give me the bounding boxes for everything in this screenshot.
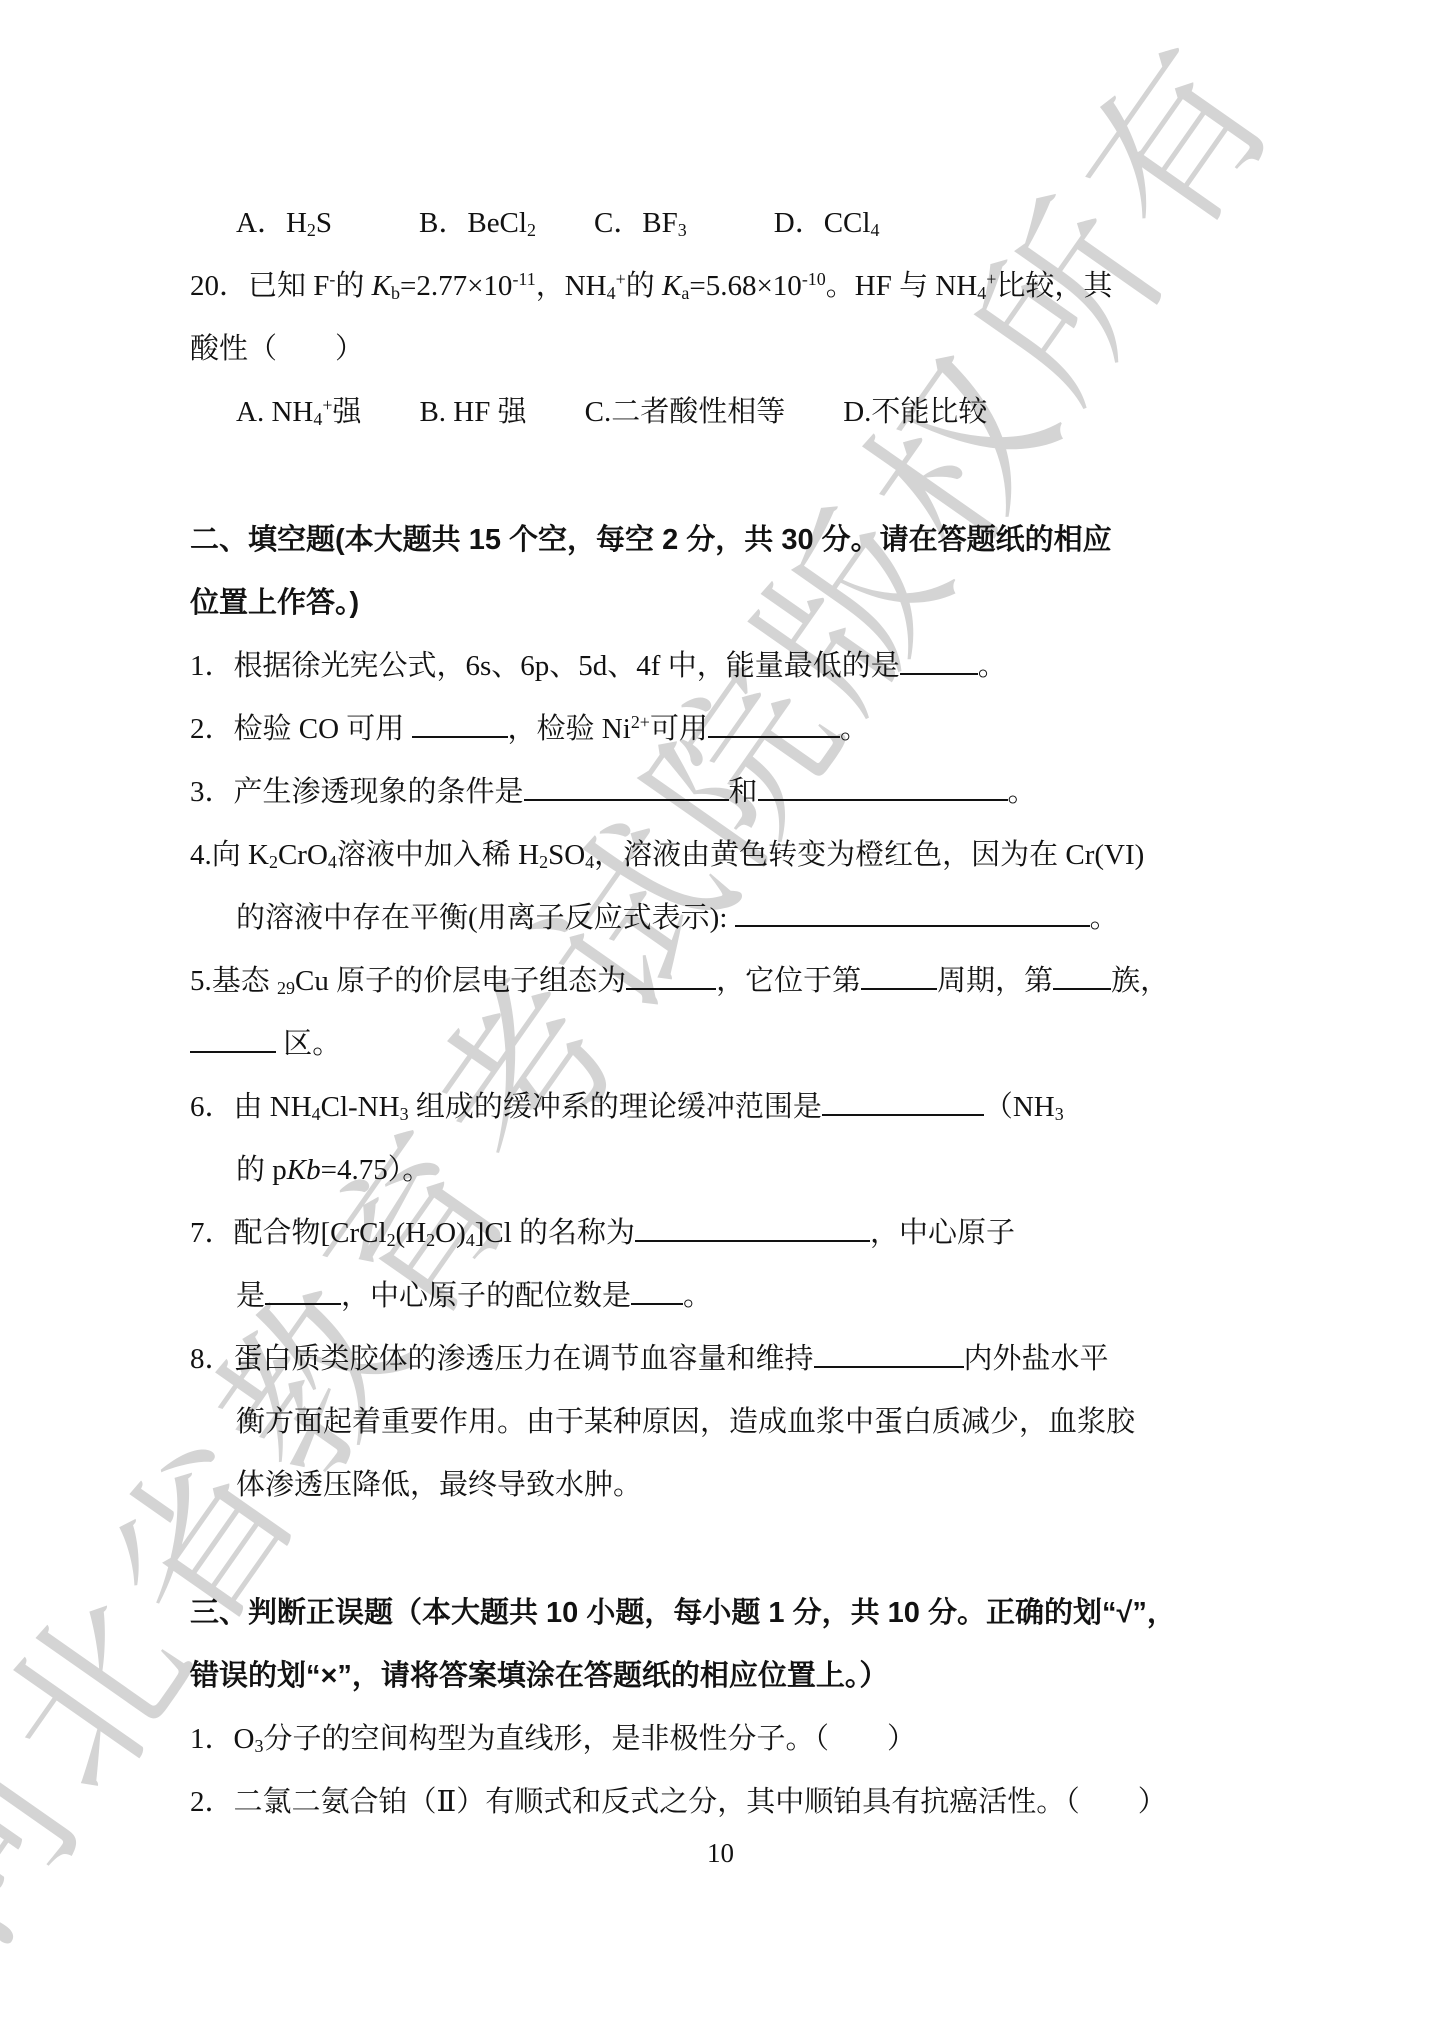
answer-blank <box>626 960 716 990</box>
text-run: 。 <box>1008 776 1037 808</box>
subscript: 2 <box>307 220 316 240</box>
text-run: 1．根据徐光宪公式，6s、6p、5d、4f 中，能量最低的是 <box>190 650 900 682</box>
answer-blank <box>708 708 840 738</box>
fill6-line2: 的 pKb=4.75）。 <box>190 1139 1280 1202</box>
document-body: A．H2S B．BeCl2 C．BF3 D．CCl420．已知 F-的 Kb=2… <box>190 192 1280 1834</box>
text-run: 4.向 K <box>190 839 269 871</box>
italic-symbol: Kb <box>287 1154 321 1186</box>
text-run: 。HF 与 NH <box>826 270 977 302</box>
text-run: （NH <box>984 1091 1055 1123</box>
text-run: 体渗透压降低，最终导致水肿。 <box>236 1469 642 1501</box>
subscript: 4 <box>328 852 337 872</box>
answer-blank <box>861 960 937 990</box>
text-run: 内外盐水平 <box>964 1343 1109 1375</box>
text-run: A．H <box>236 207 307 239</box>
subscript: 3 <box>400 1104 409 1124</box>
text-run: 衡方面起着重要作用。由于某种原因，造成血浆中蛋白质减少，血浆胶 <box>236 1406 1135 1438</box>
text-run: 可用 <box>650 713 708 745</box>
italic-symbol: K <box>372 270 391 302</box>
subscript: 4 <box>466 1230 475 1250</box>
subscript: 2 <box>527 220 536 240</box>
answer-blank <box>631 1275 683 1305</box>
text-run: 错误的划“×”，请将答案填涂在答题纸的相应位置上。） <box>190 1660 888 1692</box>
subscript: 4 <box>977 283 986 303</box>
text-run: A. NH <box>236 396 313 428</box>
subscript: 4 <box>585 852 594 872</box>
answer-blank <box>635 1212 870 1242</box>
judge2: 2．二氯二氨合铂（Ⅱ）有顺式和反式之分，其中顺铂具有抗癌活性。（ ） <box>190 1771 1280 1834</box>
superscript: -11 <box>512 269 535 289</box>
answer-blank <box>735 897 1090 927</box>
fill7-line1: 7．配合物[CrCl2(H2O)4]Cl 的名称为，中心原子 <box>190 1202 1280 1265</box>
text-run: 和 <box>729 776 758 808</box>
text-run: 。 <box>1090 902 1119 934</box>
fill8-line2: 衡方面起着重要作用。由于某种原因，造成血浆中蛋白质减少，血浆胶 <box>190 1391 1280 1454</box>
superscript: + <box>322 395 332 415</box>
answer-blank <box>1053 960 1111 990</box>
fill5-line1: 5.基态 29Cu 原子的价层电子组态为，它位于第周期，第族， <box>190 950 1280 1013</box>
text-run: ，溶液由黄色转变为橙红色，因为在 Cr(VI) <box>594 839 1144 871</box>
fill1: 1．根据徐光宪公式，6s、6p、5d、4f 中，能量最低的是。 <box>190 635 1280 698</box>
subscript: 4 <box>607 283 616 303</box>
section3-header-line1: 三、判断正误题（本大题共 10 小题，每小题 1 分，共 10 分。正确的划“√… <box>190 1582 1280 1645</box>
fill7-line2: 是，中心原子的配位数是。 <box>190 1265 1280 1328</box>
fill8-line3: 体渗透压降低，最终导致水肿。 <box>190 1454 1280 1517</box>
text-run: 1．O <box>190 1723 254 1755</box>
text-run: 2．检验 CO 可用 <box>190 713 412 745</box>
superscript: + <box>616 269 626 289</box>
page-number: 10 <box>0 1838 1441 1869</box>
fill2: 2．检验 CO 可用 ，检验 Ni2+可用。 <box>190 698 1280 761</box>
superscript: 2+ <box>631 712 650 732</box>
section2-header-line1: 二、填空题(本大题共 15 个空，每空 2 分，共 30 分。请在答题纸的相应 <box>190 509 1280 572</box>
text-run: 的 p <box>236 1154 287 1186</box>
fill4-line2: 的溶液中存在平衡(用离子反应式表示): 。 <box>190 887 1280 950</box>
section2-header-line2: 位置上作答。) <box>190 572 1280 635</box>
subscript: b <box>391 283 400 303</box>
fill8-line1: 8．蛋白质类胶体的渗透压力在调节血容量和维持内外盐水平 <box>190 1328 1280 1391</box>
q20-options: A. NH4+强 B. HF 强 C.二者酸性相等 D.不能比较 <box>190 381 1280 444</box>
text-run: Cu 原子的价层电子组态为 <box>295 965 626 997</box>
text-run: 2．二氯二氨合铂（Ⅱ）有顺式和反式之分，其中顺铂具有抗癌活性。（ ） <box>190 1786 1167 1818</box>
text-run: 6．由 NH <box>190 1091 312 1123</box>
text-run: (H <box>396 1217 427 1249</box>
text-run: 组成的缓冲系的理论缓冲范围是 <box>409 1091 822 1123</box>
text-run: 3．产生渗透现象的条件是 <box>190 776 524 808</box>
text-run: 比较，其 <box>996 270 1112 302</box>
text-run: 位置上作答。) <box>190 587 359 619</box>
text-run: C．BF <box>536 207 678 239</box>
text-run: 族， <box>1111 965 1169 997</box>
text-run: CrO <box>278 839 328 871</box>
exam-page: 河北省教育考试院版权所有 A．H2S B．BeCl2 C．BF3 D．CCl42… <box>0 0 1441 2040</box>
text-run: 8．蛋白质类胶体的渗透压力在调节血容量和维持 <box>190 1343 814 1375</box>
text-run: 的溶液中存在平衡(用离子反应式表示): <box>236 902 735 934</box>
answer-blank <box>900 645 978 675</box>
fill5-line2: 区。 <box>190 1013 1280 1076</box>
text-run: 。 <box>840 713 869 745</box>
text-run: D．CCl <box>687 207 871 239</box>
text-run: 的 <box>626 270 662 302</box>
answer-blank <box>822 1086 984 1116</box>
text-run: 酸性（ ） <box>190 333 364 365</box>
superscript: + <box>986 269 996 289</box>
text-run: ，它位于第 <box>716 965 861 997</box>
text-run: 溶液中加入稀 H <box>337 839 539 871</box>
text-run: 20．已知 F <box>190 270 329 302</box>
subscript: 4 <box>313 409 322 429</box>
answer-blank <box>814 1338 964 1368</box>
answer-blank <box>190 1023 276 1053</box>
text-run: ]Cl 的名称为 <box>475 1217 635 1249</box>
subscript: 2 <box>426 1230 435 1250</box>
section3-header-line2: 错误的划“×”，请将答案填涂在答题纸的相应位置上。） <box>190 1645 1280 1708</box>
q20-stem-line1: 20．已知 F-的 Kb=2.77×10-11，NH4+的 Ka=5.68×10… <box>190 255 1280 318</box>
q19-options: A．H2S B．BeCl2 C．BF3 D．CCl4 <box>190 192 1280 255</box>
text-run: =4.75）。 <box>321 1154 432 1186</box>
text-run: ，中心原子 <box>870 1217 1015 1249</box>
superscript: -10 <box>802 269 826 289</box>
text-run: 是 <box>236 1280 265 1312</box>
subscript: 2 <box>539 852 548 872</box>
text-run: Cl-NH <box>321 1091 400 1123</box>
text-run: =2.77×10 <box>400 270 512 302</box>
text-run: 二、填空题(本大题共 15 个空，每空 2 分，共 30 分。请在答题纸的相应 <box>190 524 1112 556</box>
text-run: 区。 <box>276 1028 341 1060</box>
text-run: ，检验 Ni <box>508 713 631 745</box>
fill6-line1: 6．由 NH4Cl-NH3 组成的缓冲系的理论缓冲范围是（NH3 <box>190 1076 1280 1139</box>
text-run: =5.68×10 <box>689 270 801 302</box>
fill4-line1: 4.向 K2CrO4溶液中加入稀 H2SO4，溶液由黄色转变为橙红色，因为在 C… <box>190 824 1280 887</box>
text-run: O) <box>435 1217 466 1249</box>
text-run: 。 <box>683 1280 712 1312</box>
text-run: 。 <box>978 650 1007 682</box>
answer-blank <box>758 771 1008 801</box>
answer-blank <box>524 771 729 801</box>
text-run: 三、判断正误题（本大题共 10 小题，每小题 1 分，共 10 分。正确的划“√… <box>190 1597 1176 1629</box>
subscript: 29 <box>277 978 295 998</box>
subscript: 2 <box>269 852 278 872</box>
text-run: 强 B. HF 强 C.二者酸性相等 D.不能比较 <box>332 396 987 428</box>
text-run: ，NH <box>536 270 607 302</box>
subscript: 2 <box>387 1230 396 1250</box>
answer-blank <box>412 708 508 738</box>
answer-blank <box>265 1275 341 1305</box>
subscript: 3 <box>1055 1104 1064 1124</box>
text-run: ，中心原子的配位数是 <box>341 1280 631 1312</box>
subscript: 4 <box>312 1104 321 1124</box>
text-run: 5.基态 <box>190 965 277 997</box>
italic-symbol: K <box>662 270 681 302</box>
text-run: S B．BeCl <box>316 207 527 239</box>
text-run: SO <box>548 839 585 871</box>
subscript: 3 <box>678 220 687 240</box>
judge1: 1．O3分子的空间构型为直线形，是非极性分子。（ ） <box>190 1708 1280 1771</box>
subscript: 4 <box>870 220 879 240</box>
text-run: 分子的空间构型为直线形，是非极性分子。（ ） <box>263 1723 916 1755</box>
text-run: 7．配合物[CrCl <box>190 1217 387 1249</box>
text-run: 的 <box>335 270 371 302</box>
fill3: 3．产生渗透现象的条件是和。 <box>190 761 1280 824</box>
text-run: 周期，第 <box>937 965 1053 997</box>
q20-stem-line2: 酸性（ ） <box>190 318 1280 381</box>
